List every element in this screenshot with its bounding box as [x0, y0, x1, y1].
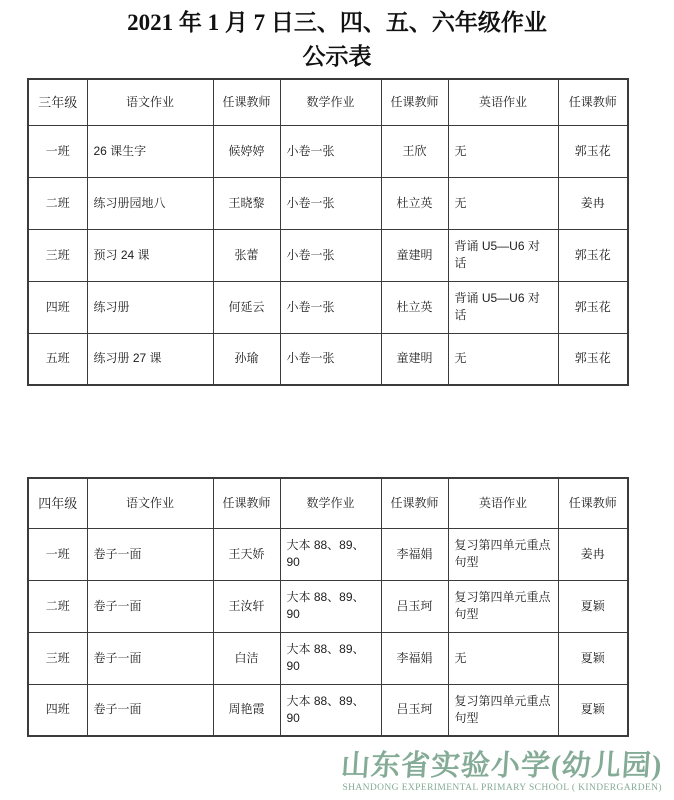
cell-math-homework: 小卷一张 [280, 281, 381, 333]
cell-math-homework: 大本 88、89、90 [280, 528, 381, 580]
cell-class: 四班 [28, 684, 87, 736]
cell-chinese-teacher: 周艳霞 [213, 684, 280, 736]
cell-english-homework: 无 [448, 125, 558, 177]
cell-chinese-teacher: 张蕾 [213, 229, 280, 281]
cell-math-homework: 小卷一张 [280, 125, 381, 177]
cell-math-teacher: 王欣 [381, 125, 448, 177]
cell-english-homework: 复习第四单元重点句型 [448, 580, 558, 632]
cell-english-homework: 背诵 U5—U6 对话 [448, 281, 558, 333]
cell-english-homework: 无 [448, 632, 558, 684]
cell-class: 四班 [28, 281, 87, 333]
column-header-english-homework: 英语作业 [448, 478, 558, 528]
cell-math-homework: 大本 88、89、90 [280, 632, 381, 684]
column-header-chinese-teacher: 任课教师 [213, 79, 280, 125]
cell-class: 三班 [28, 632, 87, 684]
school-logo-english: SHANDONG EXPERIMENTAL PRIMARY SCHOOL ( K… [341, 782, 662, 795]
table-row: 二班 卷子一面 王汝轩 大本 88、89、90 吕玉珂 复习第四单元重点句型 夏… [28, 580, 628, 632]
cell-math-homework: 大本 88、89、90 [280, 580, 381, 632]
column-header-english-teacher: 任课教师 [558, 79, 628, 125]
cell-class: 二班 [28, 580, 87, 632]
cell-math-teacher: 吕玉珂 [381, 580, 448, 632]
grade4-homework-table: 四年级 语文作业 任课教师 数学作业 任课教师 英语作业 任课教师 一班 卷子一… [27, 477, 629, 737]
cell-chinese-teacher: 何延云 [213, 281, 280, 333]
column-header-chinese-teacher: 任课教师 [213, 478, 280, 528]
cell-math-teacher: 杜立英 [381, 177, 448, 229]
cell-english-homework: 背诵 U5—U6 对话 [448, 229, 558, 281]
column-header-english-homework: 英语作业 [448, 79, 558, 125]
cell-chinese-teacher: 候婷婷 [213, 125, 280, 177]
column-header-chinese-homework: 语文作业 [87, 79, 213, 125]
cell-english-homework: 无 [448, 177, 558, 229]
table-row: 二班 练习册园地八 王晓黎 小卷一张 杜立英 无 姜冉 [28, 177, 628, 229]
cell-class: 五班 [28, 333, 87, 385]
cell-chinese-teacher: 王天娇 [213, 528, 280, 580]
page-title-line1: 2021 年 1 月 7 日三、四、五、六年级作业 [0, 6, 674, 40]
cell-english-homework: 复习第四单元重点句型 [448, 528, 558, 580]
table-row: 一班 卷子一面 王天娇 大本 88、89、90 李福娟 复习第四单元重点句型 姜… [28, 528, 628, 580]
cell-chinese-teacher: 孙瑜 [213, 333, 280, 385]
cell-math-teacher: 杜立英 [381, 281, 448, 333]
cell-math-teacher: 童建明 [381, 229, 448, 281]
table-row: 四班 卷子一面 周艳霞 大本 88、89、90 吕玉珂 复习第四单元重点句型 夏… [28, 684, 628, 736]
table-row: 四班 练习册 何延云 小卷一张 杜立英 背诵 U5—U6 对话 郭玉花 [28, 281, 628, 333]
cell-chinese-teacher: 王汝轩 [213, 580, 280, 632]
cell-english-homework: 复习第四单元重点句型 [448, 684, 558, 736]
cell-english-teacher: 夏颖 [558, 632, 628, 684]
cell-english-teacher: 姜冉 [558, 177, 628, 229]
table-row: 三班 卷子一面 白洁 大本 88、89、90 李福娟 无 夏颖 [28, 632, 628, 684]
cell-english-teacher: 郭玉花 [558, 281, 628, 333]
page-title: 2021 年 1 月 7 日三、四、五、六年级作业 公示表 [0, 6, 674, 74]
table-header-row: 三年级 语文作业 任课教师 数学作业 任课教师 英语作业 任课教师 [28, 79, 628, 125]
column-header-math-teacher: 任课教师 [381, 79, 448, 125]
cell-math-homework: 小卷一张 [280, 229, 381, 281]
cell-english-teacher: 夏颖 [558, 684, 628, 736]
table-row: 三班 预习 24 课 张蕾 小卷一张 童建明 背诵 U5—U6 对话 郭玉花 [28, 229, 628, 281]
grade3-homework-table: 三年级 语文作业 任课教师 数学作业 任课教师 英语作业 任课教师 一班 26 … [27, 78, 629, 386]
cell-chinese-homework: 卷子一面 [87, 528, 213, 580]
cell-math-teacher: 李福娟 [381, 528, 448, 580]
cell-english-teacher: 郭玉花 [558, 229, 628, 281]
column-header-math-homework: 数学作业 [280, 478, 381, 528]
cell-chinese-teacher: 王晓黎 [213, 177, 280, 229]
school-logo-chinese: 山东省实验小学(幼儿园) [340, 751, 663, 782]
table-row: 五班 练习册 27 课 孙瑜 小卷一张 童建明 无 郭玉花 [28, 333, 628, 385]
cell-math-homework: 小卷一张 [280, 333, 381, 385]
grade-label: 四年级 [28, 478, 87, 528]
cell-class: 一班 [28, 125, 87, 177]
cell-class: 三班 [28, 229, 87, 281]
cell-class: 二班 [28, 177, 87, 229]
cell-chinese-homework: 卷子一面 [87, 580, 213, 632]
cell-chinese-homework: 练习册 [87, 281, 213, 333]
school-logo: 山东省实验小学(幼儿园) SHANDONG EXPERIMENTAL PRIMA… [341, 751, 662, 795]
cell-english-teacher: 姜冉 [558, 528, 628, 580]
cell-math-homework: 小卷一张 [280, 177, 381, 229]
table-header-row: 四年级 语文作业 任课教师 数学作业 任课教师 英语作业 任课教师 [28, 478, 628, 528]
cell-chinese-teacher: 白洁 [213, 632, 280, 684]
page-title-line2: 公示表 [0, 40, 674, 74]
column-header-english-teacher: 任课教师 [558, 478, 628, 528]
column-header-chinese-homework: 语文作业 [87, 478, 213, 528]
cell-english-teacher: 夏颖 [558, 580, 628, 632]
cell-english-homework: 无 [448, 333, 558, 385]
cell-class: 一班 [28, 528, 87, 580]
column-header-math-homework: 数学作业 [280, 79, 381, 125]
cell-chinese-homework: 卷子一面 [87, 684, 213, 736]
cell-chinese-homework: 预习 24 课 [87, 229, 213, 281]
cell-math-homework: 大本 88、89、90 [280, 684, 381, 736]
cell-chinese-homework: 练习册 27 课 [87, 333, 213, 385]
cell-math-teacher: 李福娟 [381, 632, 448, 684]
cell-math-teacher: 童建明 [381, 333, 448, 385]
document-page: 2021 年 1 月 7 日三、四、五、六年级作业 公示表 三年级 语文作业 任… [0, 0, 674, 800]
grade-label: 三年级 [28, 79, 87, 125]
cell-chinese-homework: 26 课生字 [87, 125, 213, 177]
cell-english-teacher: 郭玉花 [558, 333, 628, 385]
cell-chinese-homework: 卷子一面 [87, 632, 213, 684]
cell-english-teacher: 郭玉花 [558, 125, 628, 177]
table-row: 一班 26 课生字 候婷婷 小卷一张 王欣 无 郭玉花 [28, 125, 628, 177]
cell-chinese-homework: 练习册园地八 [87, 177, 213, 229]
cell-math-teacher: 吕玉珂 [381, 684, 448, 736]
column-header-math-teacher: 任课教师 [381, 478, 448, 528]
